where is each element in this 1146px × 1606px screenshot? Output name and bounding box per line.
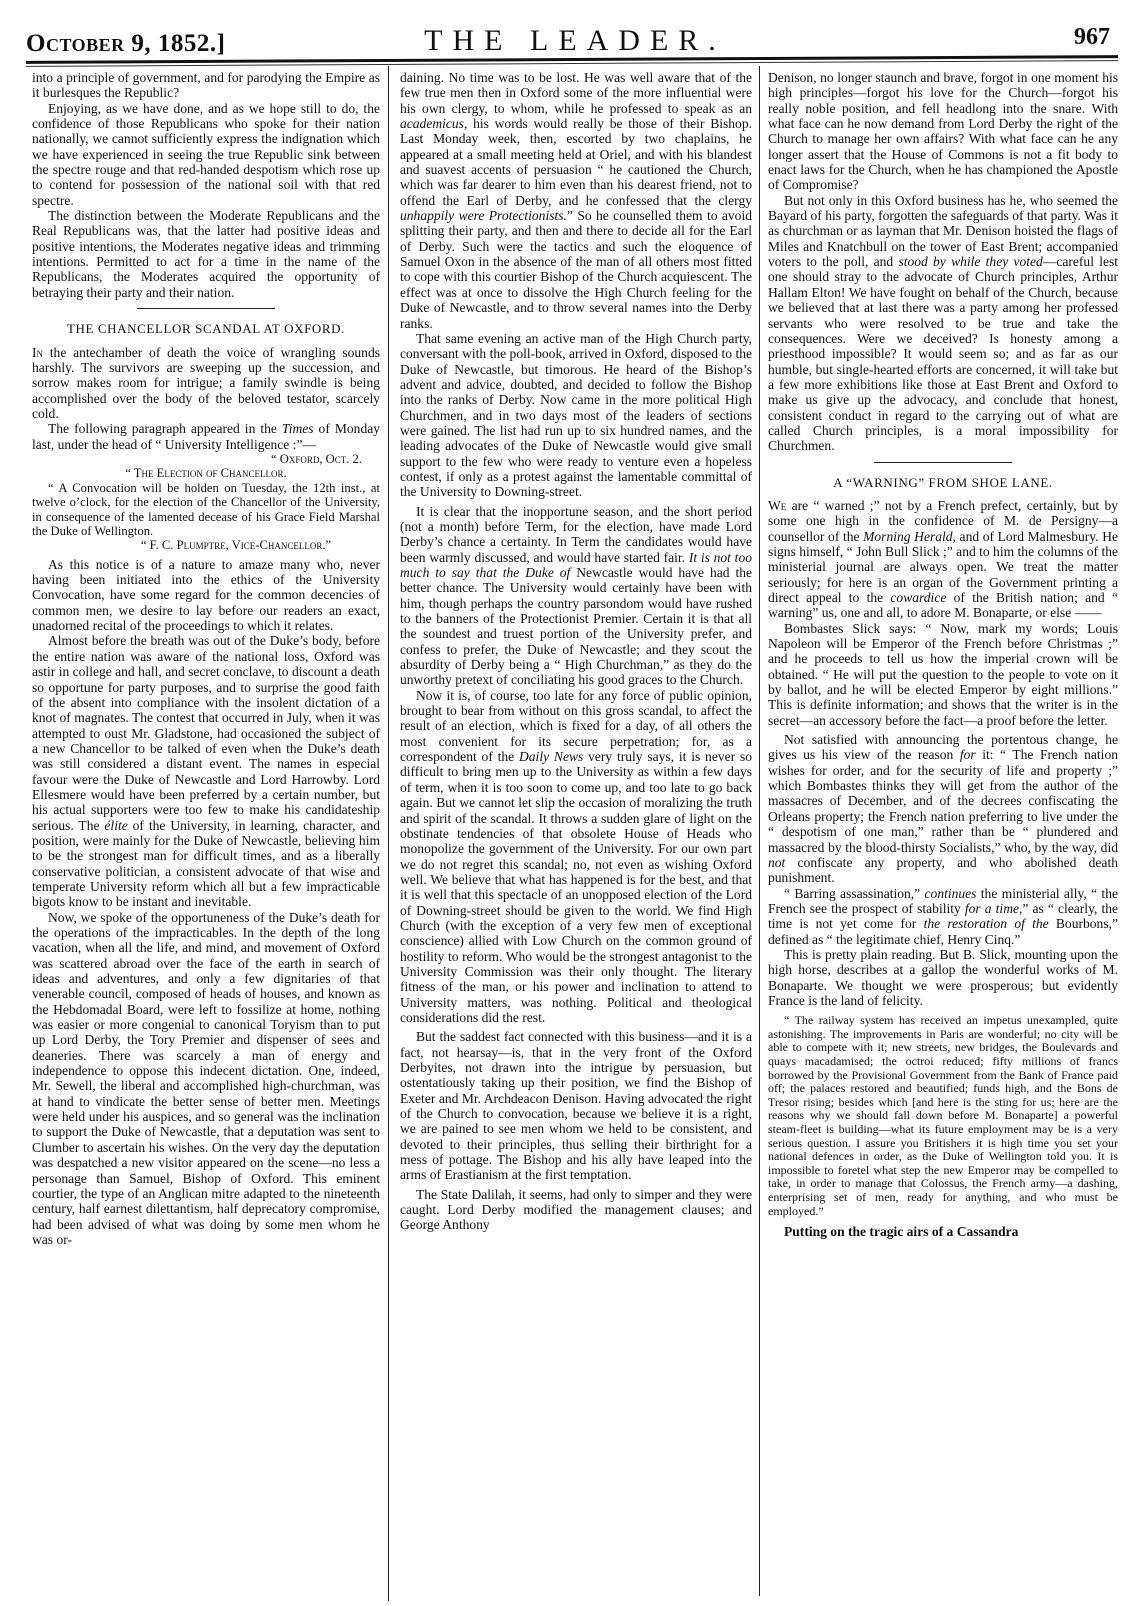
column-divider [388,66,389,1601]
paragraph: Not satisfied with announcing the porten… [768,732,1118,885]
block-quote: “ The railway system has received an imp… [768,1014,1118,1218]
paragraph: As this notice is of a nature to amaze m… [32,557,380,634]
quote-dateline: “ Oxford, Oct. 2. [32,452,380,466]
paragraph: daining. No time was to be lost. He was … [400,70,752,331]
paragraph: This is pretty plain reading. But B. Sli… [768,947,1118,1008]
page-number: 967 [1074,24,1110,51]
paragraph: But not only in this Oxford business has… [768,193,1118,454]
article-heading: A “WARNING” FROM SHOE LANE. [768,475,1118,490]
issue-date: October 9, 1852.] [26,30,225,58]
quote-signature: “ F. C. Plumptre, Vice-Chancellor.” [32,538,380,552]
paragraph: “ Barring assassination,” continues the … [768,886,1118,947]
publication-title: THE LEADER. [395,24,755,58]
paragraph: The following paragraph appeared in the … [32,421,380,452]
paragraph: Denison, no longer staunch and brave, fo… [768,70,1118,193]
paragraph: In the antechamber of death the voice of… [32,345,380,422]
column-divider [759,66,760,1596]
drop-word: In [32,345,43,360]
article-heading: THE CHANCELLOR SCANDAL AT OXFORD. [32,321,380,336]
paragraph: The State Dalilah, it seems, had only to… [400,1187,752,1233]
quote-heading: “ The Election of Chancellor. [32,466,380,480]
paragraph: Now, we spoke of the opportuneness of th… [32,910,380,1248]
column-3: Denison, no longer staunch and brave, fo… [768,70,1118,1240]
article-separator [137,308,275,309]
article-separator [874,462,1012,463]
newspaper-page: October 9, 1852.] THE LEADER. 967 into a… [0,0,1146,1606]
paragraph: The distinction between the Moderate Rep… [32,208,380,300]
paragraph: Bombastes Slick says: “ Now, mark my wor… [768,621,1118,728]
paragraph: Almost before the breath was out of the … [32,633,380,909]
drop-word: We [768,498,786,513]
paragraph: Now it is, of course, too late for any f… [400,688,752,1026]
paragraph: Putting on the tragic airs of a Cassandr… [768,1224,1118,1239]
paragraph: into a principle of government, and for … [32,70,380,101]
paragraph: Enjoying, as we have done, and as we hop… [32,101,380,208]
masthead: October 9, 1852.] THE LEADER. 967 [0,0,1146,66]
paragraph: It is clear that the inopportune season,… [400,504,752,688]
column-1: into a principle of government, and for … [32,70,380,1247]
paragraph: But the saddest fact connected with this… [400,1029,752,1182]
paragraph: That same evening an active man of the H… [400,331,752,500]
paragraph: We are “ warned ;” not by a French prefe… [768,498,1118,621]
column-2: daining. No time was to be lost. He was … [400,70,752,1233]
quote-body: “ A Convocation will be holden on Tuesda… [32,481,380,539]
